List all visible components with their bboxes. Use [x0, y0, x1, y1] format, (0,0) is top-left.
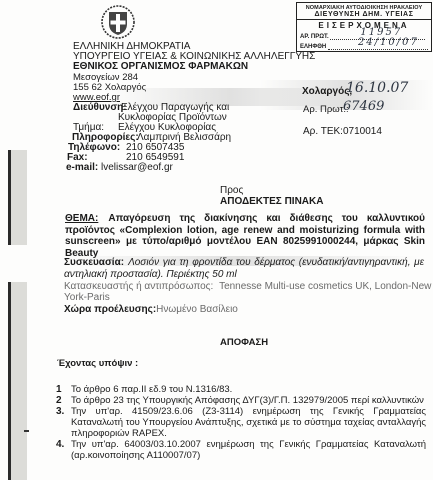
- origin-label: Χώρα προέλευσης:: [64, 304, 156, 315]
- recipient-name: ΑΠΟΔΕΚΤΕΣ ΠΙΝΑΚΑ: [220, 196, 323, 207]
- manufacturer-value: Tennesse Multi-use cosmetics UK, London-…: [219, 281, 431, 292]
- list-item: 2 Το άρθρο 23 της Υπουργικής Απόφασης ΔΥ…: [56, 395, 426, 406]
- incoming-stamp: ΝΟΜΑΡΧΙΑΚΗ ΑΥΤΟΔΙΟΙΚΗΣΗ ΗΡΑΚΛΕΙΟΥ ΔΙΕΥΘΥ…: [296, 2, 432, 52]
- decision-title: ΑΠΟΦΑΣΗ: [220, 337, 268, 348]
- stamp-received-value: 24/10/07: [358, 37, 419, 48]
- list-item: 4. Την υπ'αρ. 64003/03.10.2007 ενημέρωση…: [56, 439, 426, 461]
- scan-edge-line-bottom: [8, 282, 11, 480]
- packaging-line-1: Λοσιόν για τη φροντίδα του δέρματος (ενυ…: [128, 257, 424, 269]
- list-number: 2: [56, 395, 71, 406]
- origin-line: Χώρα προέλευσης:Ηνωμένο Βασίλειο: [64, 304, 238, 316]
- list-text-line: πληροφοριών RAPEX.: [71, 428, 426, 439]
- list-text: Την υπ'αρ. 64003/03.10.2007 ενημέρωση τη…: [71, 439, 426, 461]
- email-label: e-mail:: [66, 163, 98, 174]
- subject-line-1: Απαγόρευση της διακίνησης και διάθεσης τ…: [108, 213, 425, 225]
- organization-name: ΕΘΝΙΚΟΣ ΟΡΓΑΝΙΣΜΟΣ ΦΑΡΜΑΚΩΝ: [73, 62, 248, 73]
- list-number: 4.: [56, 439, 71, 461]
- list-text-line: (αρ.κοινοποίησης Α110007/07): [71, 450, 426, 461]
- subject-block: ΘΕΜΑ: Απαγόρευση της διακίνησης και διάθ…: [65, 213, 425, 259]
- protocol-handwritten: 67469: [343, 99, 384, 114]
- greek-coat-of-arms-icon: [100, 4, 136, 40]
- scan-edge-shadow-top: [11, 150, 27, 245]
- origin-value: Ηνωμένο Βασίλειο: [156, 304, 238, 315]
- list-item: 1 Το άρθρο 6 παρ.ΙΙ εδ.9 του Ν.1316/83.: [56, 384, 426, 395]
- stamp-protocol-label: ΑΡ. ΠΡΩΤ.: [300, 34, 329, 40]
- list-number: 1: [56, 384, 71, 395]
- packaging-line-2: αντηλιακή προστασία). Περιέκτης 50 ml: [64, 269, 424, 281]
- considering-label: Έχοντας υπόψιν :: [57, 358, 138, 369]
- recipient-to: Προς: [220, 185, 243, 196]
- manufacturer-line: Κατασκευαστής ή αντιπρόσωπος: Tennesse M…: [64, 281, 431, 293]
- list-text-line: Καταναλωτή του Υπουργείου Ανάπτυξης, σχε…: [71, 417, 426, 428]
- tek-number: Αρ. ΤΕΚ:0710014: [303, 126, 382, 137]
- stamp-directorate: ΔΙΕΥΘΥΝΣΗ ΔΗΜ. ΥΓΕΙΑΣ: [297, 11, 431, 20]
- subject-line-2: προϊόντος «Complexion lotion, age renew …: [65, 225, 425, 237]
- packaging-label: Συσκευασία:: [64, 257, 124, 269]
- list-text: Την υπ'αρ. 41509/23.6.06 (Ζ3-3114) ενημέ…: [71, 406, 426, 439]
- place-label: Χολαργός,: [302, 86, 352, 97]
- protocol-label: Αρ. Πρωτ.:: [303, 104, 349, 115]
- email-link[interactable]: lvelissar@eof.gr: [101, 163, 173, 174]
- scan-edge-shadow-bottom: [11, 282, 27, 480]
- margin-mark: [24, 430, 29, 432]
- manufacturer-label: Κατασκευαστής ή αντιπρόσωπος:: [64, 281, 213, 292]
- stamp-received-field: ΕΛΗΦΘΗ 24/10/07: [297, 42, 431, 50]
- list-number: 3.: [56, 406, 71, 439]
- list-text: Το άρθρο 6 παρ.ΙΙ εδ.9 του Ν.1316/83.: [71, 384, 232, 395]
- date-handwritten: 16.10.07: [346, 80, 408, 96]
- list-text-line: Την υπ'αρ. 64003/03.10.2007 ενημέρωση τη…: [71, 439, 426, 450]
- manufacturer-value-2: York-Paris: [64, 292, 110, 304]
- stamp-received-label: ΕΛΗΦΘΗ: [300, 44, 326, 50]
- list-text-line: Την υπ'αρ. 41509/23.6.06 (Ζ3-3114) ενημέ…: [71, 406, 426, 417]
- scan-edge-line-top: [8, 150, 11, 245]
- list-text: Το άρθρο 23 της Υπουργικής Απόφασης ΔΥΓ(…: [71, 395, 424, 406]
- packaging-block: Συσκευασία: Λοσιόν για τη φροντίδα του δ…: [64, 257, 424, 280]
- subject-label: ΘΕΜΑ:: [65, 213, 98, 225]
- considerations-list: 1 Το άρθρο 6 παρ.ΙΙ εδ.9 του Ν.1316/83. …: [56, 384, 426, 461]
- list-item: 3. Την υπ'αρ. 41509/23.6.06 (Ζ3-3114) εν…: [56, 406, 426, 439]
